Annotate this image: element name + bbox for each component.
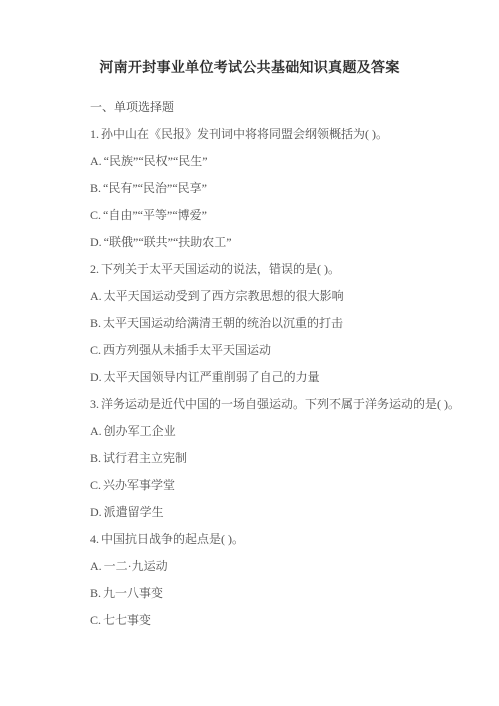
- option-label: C.: [90, 613, 101, 627]
- option-d: D.太平天国领导内讧严重削弱了自己的力量: [90, 364, 459, 391]
- option-c: C.“自由”“平等”“博爱”: [90, 202, 459, 229]
- option-a: A.创办军工企业: [90, 418, 459, 445]
- option-text: 派遣留学生: [104, 505, 164, 519]
- question-text: 中国抗日战争的起点是( )。: [101, 532, 244, 546]
- option-label: D.: [90, 370, 102, 384]
- option-text: “民有”“民治”“民享”: [103, 181, 207, 195]
- question-stem: 3.洋务运动是近代中国的一场自强运动。下列不属于洋务运动的是( )。: [90, 391, 459, 418]
- option-text: “联俄”“联共”“扶助农工”: [104, 235, 232, 249]
- option-d: D.“联俄”“联共”“扶助农工”: [90, 229, 459, 256]
- question-stem: 2.下列关于太平天国运动的说法，错误的是( )。: [90, 256, 459, 283]
- question-text: 孙中山在《民报》发刊词中将将同盟会纲领概括为( )。: [101, 127, 388, 141]
- option-label: B.: [90, 451, 101, 465]
- question-number: 2.: [90, 262, 99, 276]
- option-label: D.: [90, 505, 102, 519]
- option-text: 西方列强从未插手太平天国运动: [103, 343, 271, 357]
- option-label: C.: [90, 343, 101, 357]
- option-text: 试行君主立宪制: [103, 451, 187, 465]
- option-c: C.七七事变: [90, 607, 459, 634]
- question-1: 1.孙中山在《民报》发刊词中将将同盟会纲领概括为( )。 A.“民族”“民权”“…: [90, 121, 459, 256]
- question-number: 4.: [90, 532, 99, 546]
- document-title: 河南开封事业单位考试公共基础知识真题及答案: [0, 0, 499, 80]
- option-label: B.: [90, 586, 101, 600]
- option-label: C.: [90, 478, 101, 492]
- option-a: A.一二·九运动: [90, 553, 459, 580]
- option-b: B.试行君主立宪制: [90, 445, 459, 472]
- question-number: 1.: [90, 127, 99, 141]
- option-text: 创办军工企业: [104, 424, 176, 438]
- section-heading: 一、单项选择题: [90, 94, 459, 121]
- option-text: 一二·九运动: [104, 559, 168, 573]
- option-b: B.九一八事变: [90, 580, 459, 607]
- option-text: 太平天国领导内讧严重削弱了自己的力量: [104, 370, 320, 384]
- option-b: B.太平天国运动给满清王朝的统治以沉重的打击: [90, 310, 459, 337]
- option-text: 太平天国运动给满清王朝的统治以沉重的打击: [103, 316, 343, 330]
- option-text: “民族”“民权”“民生”: [104, 154, 208, 168]
- option-d: D.派遣留学生: [90, 499, 459, 526]
- question-text: 洋务运动是近代中国的一场自强运动。下列不属于洋务运动的是( )。: [101, 397, 460, 411]
- option-text: 兴办军事学堂: [103, 478, 175, 492]
- option-c: C.西方列强从未插手太平天国运动: [90, 337, 459, 364]
- question-4: 4.中国抗日战争的起点是( )。 A.一二·九运动 B.九一八事变 C.七七事变: [90, 526, 459, 634]
- option-label: C.: [90, 208, 101, 222]
- option-text: 七七事变: [103, 613, 151, 627]
- option-label: A.: [90, 289, 102, 303]
- document-page: 河南开封事业单位考试公共基础知识真题及答案 一、单项选择题 1.孙中山在《民报》…: [0, 0, 499, 706]
- document-body: 一、单项选择题 1.孙中山在《民报》发刊词中将将同盟会纲领概括为( )。 A.“…: [0, 94, 499, 634]
- option-label: B.: [90, 181, 101, 195]
- option-text: 九一八事变: [103, 586, 163, 600]
- question-text: 下列关于太平天国运动的说法，错误的是( )。: [101, 262, 340, 276]
- option-label: B.: [90, 316, 101, 330]
- option-b: B.“民有”“民治”“民享”: [90, 175, 459, 202]
- question-stem: 1.孙中山在《民报》发刊词中将将同盟会纲领概括为( )。: [90, 121, 459, 148]
- question-2: 2.下列关于太平天国运动的说法，错误的是( )。 A.太平天国运动受到了西方宗教…: [90, 256, 459, 391]
- option-label: A.: [90, 559, 102, 573]
- option-a: A.“民族”“民权”“民生”: [90, 148, 459, 175]
- option-a: A.太平天国运动受到了西方宗教思想的很大影响: [90, 283, 459, 310]
- option-label: A.: [90, 424, 102, 438]
- question-stem: 4.中国抗日战争的起点是( )。: [90, 526, 459, 553]
- option-label: A.: [90, 154, 102, 168]
- question-number: 3.: [90, 397, 99, 411]
- option-text: “自由”“平等”“博爱”: [103, 208, 207, 222]
- question-3: 3.洋务运动是近代中国的一场自强运动。下列不属于洋务运动的是( )。 A.创办军…: [90, 391, 459, 526]
- option-label: D.: [90, 235, 102, 249]
- option-c: C.兴办军事学堂: [90, 472, 459, 499]
- option-text: 太平天国运动受到了西方宗教思想的很大影响: [104, 289, 344, 303]
